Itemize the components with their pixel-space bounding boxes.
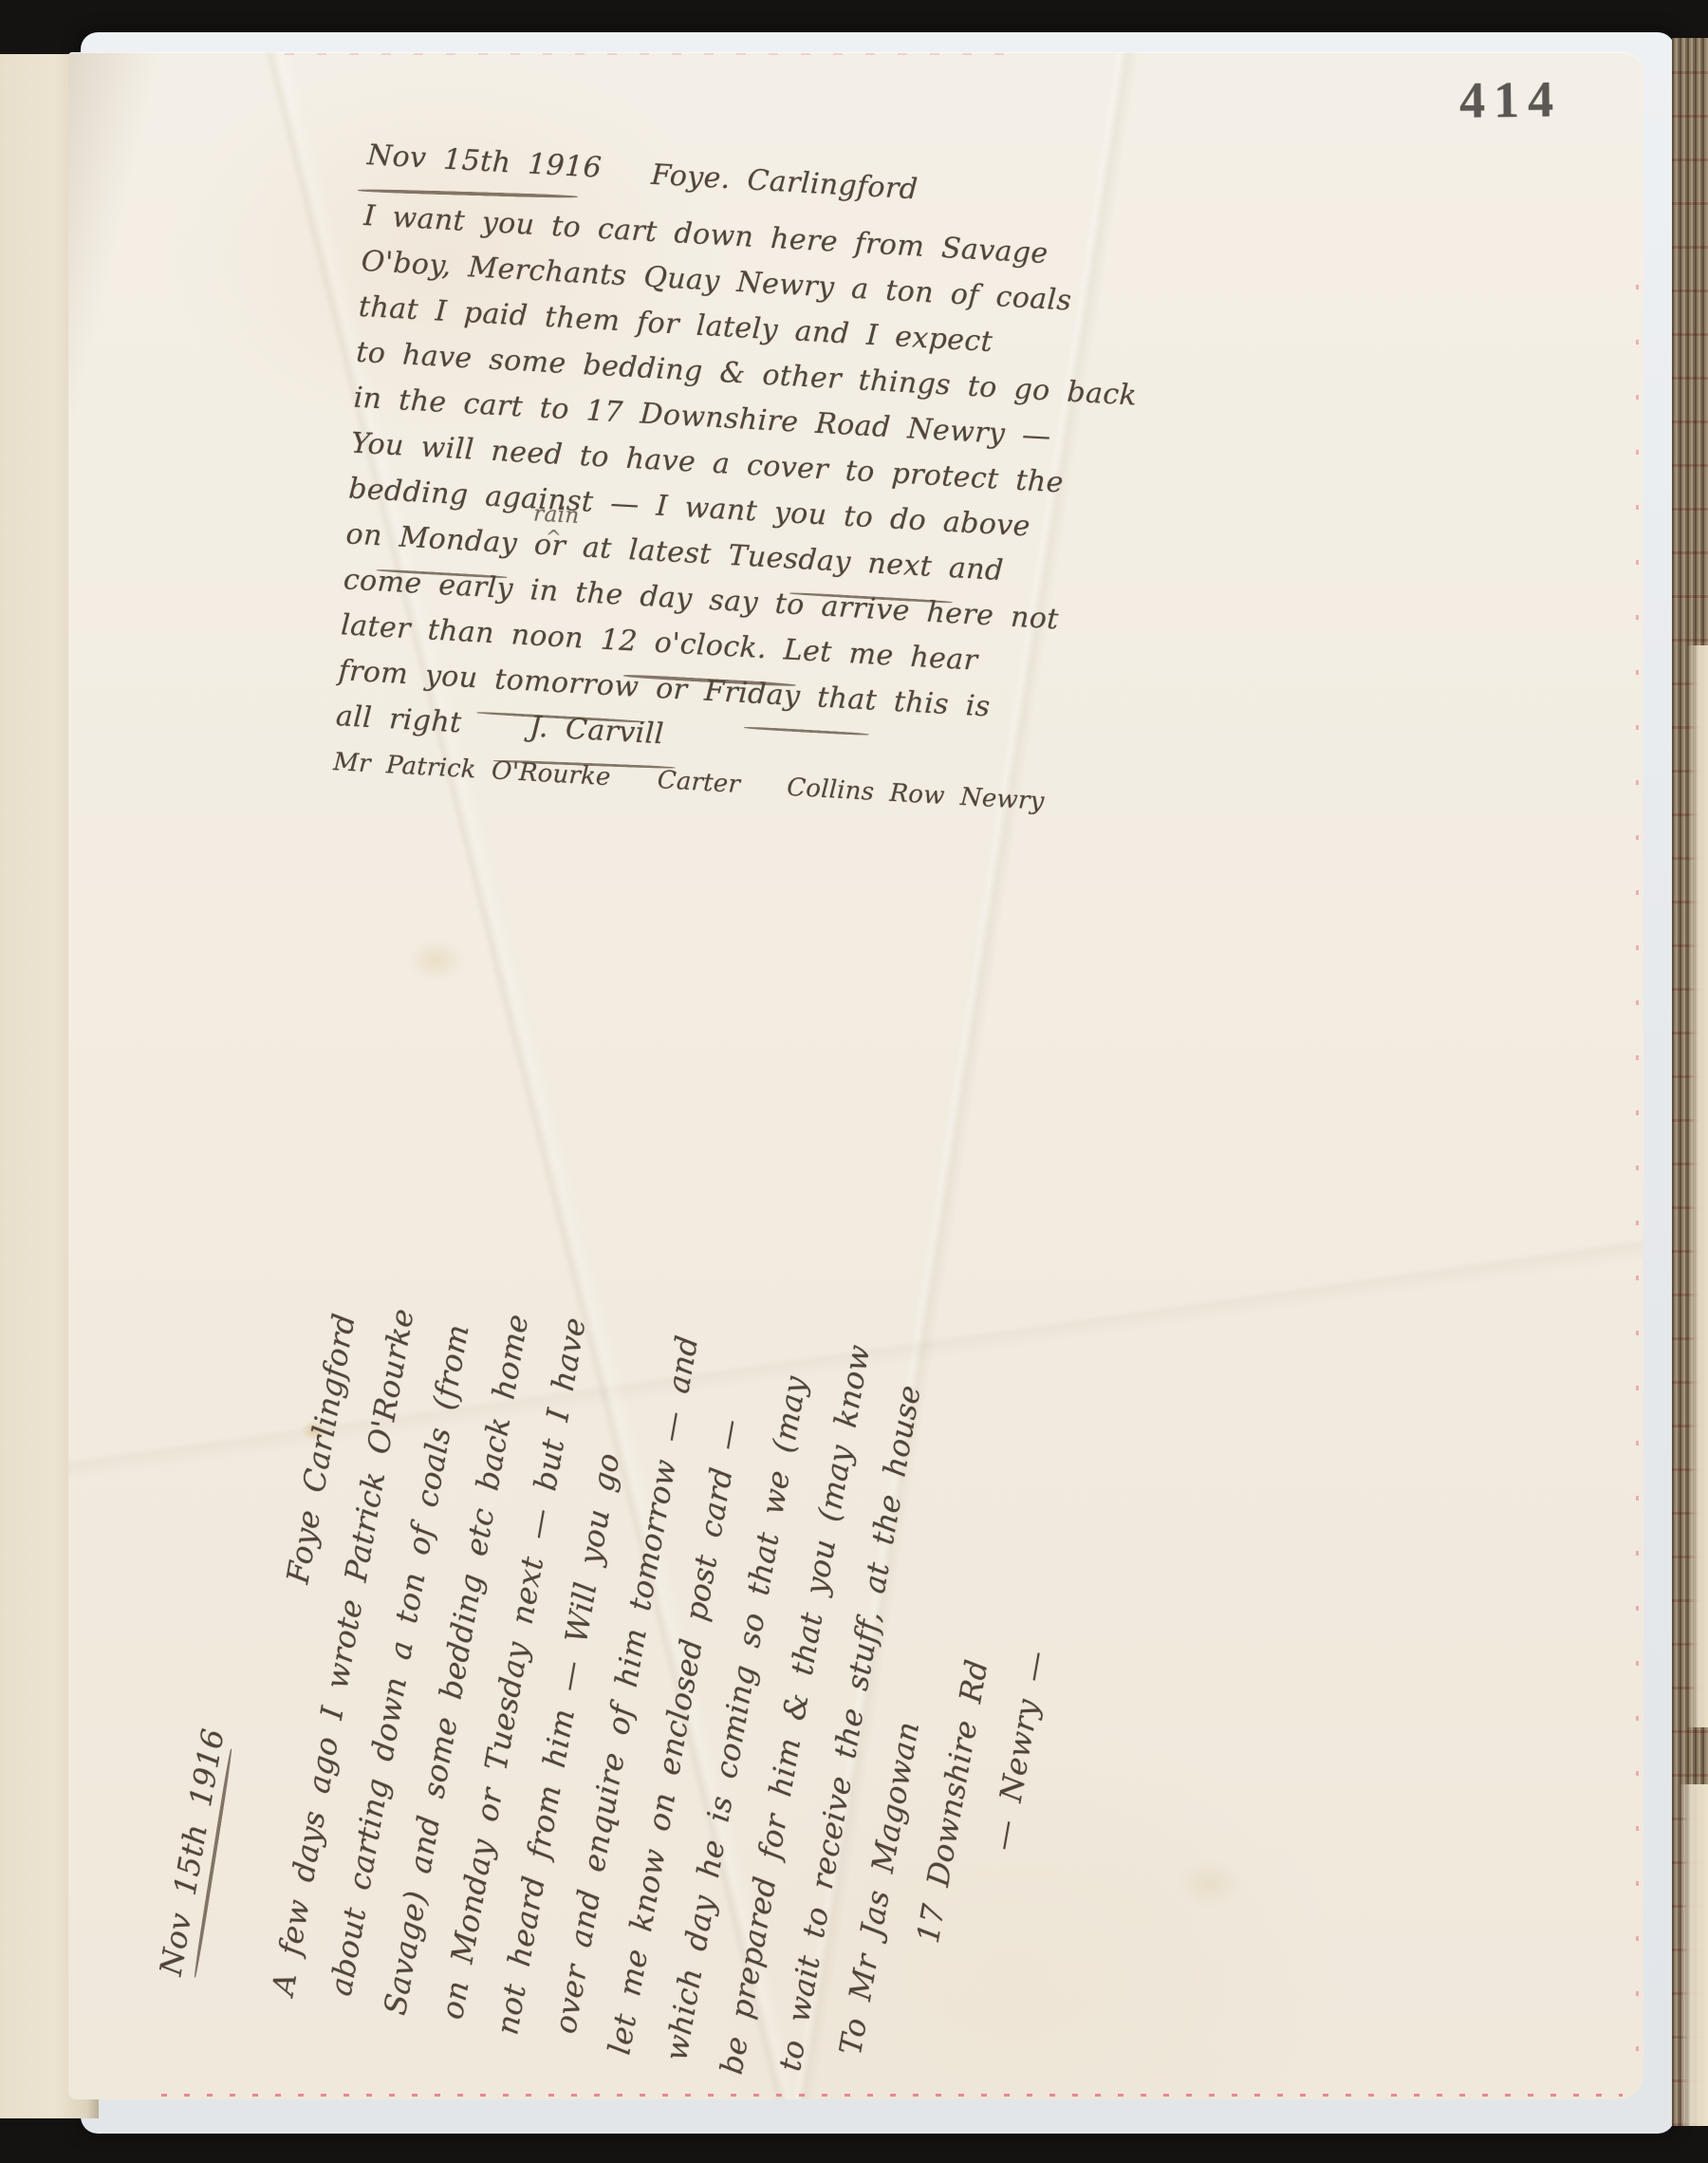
letterbook-scan: { "page_number": "414", "colors": { "bac…: [0, 0, 1708, 2163]
letter-to-orourke: Nov 15th 1916 Foye. Carlingford I want y…: [332, 139, 1231, 833]
fore-edge-pages: [1680, 1784, 1708, 2126]
fore-edge-pages: [1687, 645, 1708, 1727]
book-fore-edge: [1672, 38, 1708, 2126]
inserted-word: rain: [532, 501, 580, 529]
letter-to-magowan-rotated: Nov 15th 1916 Foye Carlingford A few day…: [142, 923, 1196, 2123]
page-number-stamp: 414: [1459, 69, 1563, 129]
